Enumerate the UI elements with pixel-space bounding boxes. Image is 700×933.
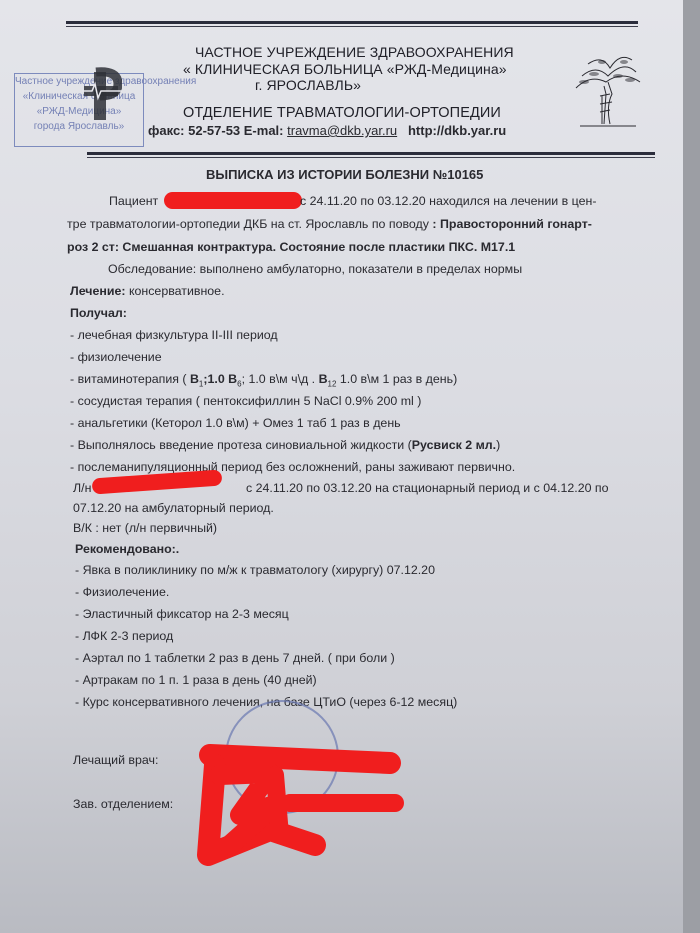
rzd-medicine-logo-icon bbox=[82, 66, 122, 122]
treatment-line: Лечение: консервативное. bbox=[70, 284, 225, 298]
vk-line: В/К : нет (л/н первичный) bbox=[73, 521, 217, 535]
org-line-1: ЧАСТНОЕ УЧРЕЖДЕНИЕ ЗДРАВООХРАНЕНИЯ bbox=[195, 44, 514, 60]
vit-suffix: 1.0 в\м 1 раз в день) bbox=[336, 372, 457, 386]
recommended-label: Рекомендовано:. bbox=[75, 542, 179, 556]
org-line-3: г. ЯРОСЛАВЛЬ» bbox=[255, 77, 361, 93]
vit-b12: B bbox=[319, 372, 328, 386]
department-title: ОТДЕЛЕНИЕ ТРАВМАТОЛОГИИ-ОРТОПЕДИИ bbox=[183, 105, 501, 121]
exam-text: Обследование: выполнено амбулаторно, пок… bbox=[108, 262, 522, 276]
received-item-rusvisk: - Выполнялось введение протеза синовиаль… bbox=[70, 438, 500, 452]
clinic-stamp: Частное учреждение здравоохранения «Клин… bbox=[14, 73, 144, 147]
recommended-item: - Явка в поликлинику по м/ж к травматоло… bbox=[75, 563, 435, 577]
received-item: - лечебная физкультура II-III период bbox=[70, 328, 278, 342]
received-item: - физиолечение bbox=[70, 350, 162, 364]
email-link[interactable]: travma@dkb.yar.ru bbox=[287, 123, 397, 138]
sick-leave-line-1: с 24.11.20 по 03.12.20 на стационарный п… bbox=[246, 481, 609, 495]
patient-label: Пациент bbox=[109, 194, 158, 208]
stay-dates: с 24.11.20 по 03.12.20 находился на лече… bbox=[300, 194, 596, 208]
vit-mid: ; 1.0 в\м ч\д . bbox=[242, 372, 319, 386]
rusvisk-text: - Выполнялось введение протеза синовиаль… bbox=[70, 438, 412, 452]
document-title: ВЫПИСКА ИЗ ИСТОРИИ БОЛЕЗНИ №10165 bbox=[206, 167, 483, 182]
stamp-line: «РЖД-Медицина» bbox=[15, 104, 143, 119]
received-item-vitamins: - витаминотерапия ( B1;1.0 B6; 1.0 в\м ч… bbox=[70, 372, 457, 388]
recommended-item: - Физиолечение. bbox=[75, 585, 169, 599]
fax-label: факс: 52-57-53 E-mal: bbox=[148, 123, 284, 138]
diagnosis-line-3: роз 2 ст: Смешанная контрактура. Состоян… bbox=[67, 240, 515, 254]
top-rule bbox=[66, 21, 638, 24]
document-page: ЧАСТНОЕ УЧРЕЖДЕНИЕ ЗДРАВООХРАНЕНИЯ « КЛИ… bbox=[0, 0, 683, 933]
recommended-item: - Аэртал по 1 таблетки 2 раз в день 7 дн… bbox=[75, 651, 395, 665]
stamp-line: «Клиническая больница bbox=[15, 89, 143, 104]
rusvisk-bold: Русвиск 2 мл. bbox=[412, 438, 496, 452]
website-link[interactable]: http://dkb.yar.ru bbox=[408, 123, 506, 138]
diagnosis-text: тре травматологии-ортопедии ДКБ на ст. Я… bbox=[67, 217, 429, 231]
recommended-item: - ЛФК 2-3 период bbox=[75, 629, 173, 643]
diagnosis-line-2: тре травматологии-ортопедии ДКБ на ст. Я… bbox=[67, 217, 592, 231]
vit-b1: B bbox=[190, 372, 199, 386]
rusvisk-close: ) bbox=[496, 438, 500, 452]
redaction-patient-name bbox=[164, 192, 302, 209]
recommended-item: - Артракам по 1 п. 1 раза в день (40 дне… bbox=[75, 673, 317, 687]
tree-logo-icon bbox=[566, 46, 648, 128]
treatment-value: консервативное. bbox=[129, 284, 225, 298]
received-item: - анальгетики (Кеторол 1.0 в\м) + Омез 1… bbox=[70, 416, 401, 430]
vit-prefix: - витаминотерапия ( bbox=[70, 372, 190, 386]
header-rule bbox=[87, 152, 655, 155]
contacts-line: факс: 52-57-53 E-mal: travma@dkb.yar.ru … bbox=[148, 123, 506, 138]
stamp-line: Частное учреждение здравоохранения bbox=[15, 74, 143, 89]
vit-mid: ;1.0 bbox=[203, 372, 228, 386]
redaction-signatures bbox=[190, 735, 420, 875]
treatment-label: Лечение: bbox=[70, 284, 125, 298]
stamp-line: города Ярославль» bbox=[15, 119, 143, 134]
sick-leave-line-2: 07.12.20 на амбулаторный период. bbox=[73, 501, 274, 515]
diagnosis-bold: : Правосторонний гонарт- bbox=[432, 217, 591, 231]
head-label: Зав. отделением: bbox=[73, 797, 173, 811]
received-label: Получал: bbox=[70, 306, 127, 320]
vit-b6: B bbox=[228, 372, 237, 386]
doctor-label: Лечащий врач: bbox=[73, 753, 158, 767]
org-line-2: « КЛИНИЧЕСКАЯ БОЛЬНИЦА «РЖД-Медицина» bbox=[183, 61, 507, 77]
received-item: - сосудистая терапия ( пентоксифиллин 5 … bbox=[70, 394, 421, 408]
sick-leave-label: Л/н bbox=[73, 481, 91, 495]
received-item: - послеманипуляционный период без осложн… bbox=[70, 460, 515, 474]
recommended-item: - Эластичный фиксатор на 2-3 месяц bbox=[75, 607, 289, 621]
